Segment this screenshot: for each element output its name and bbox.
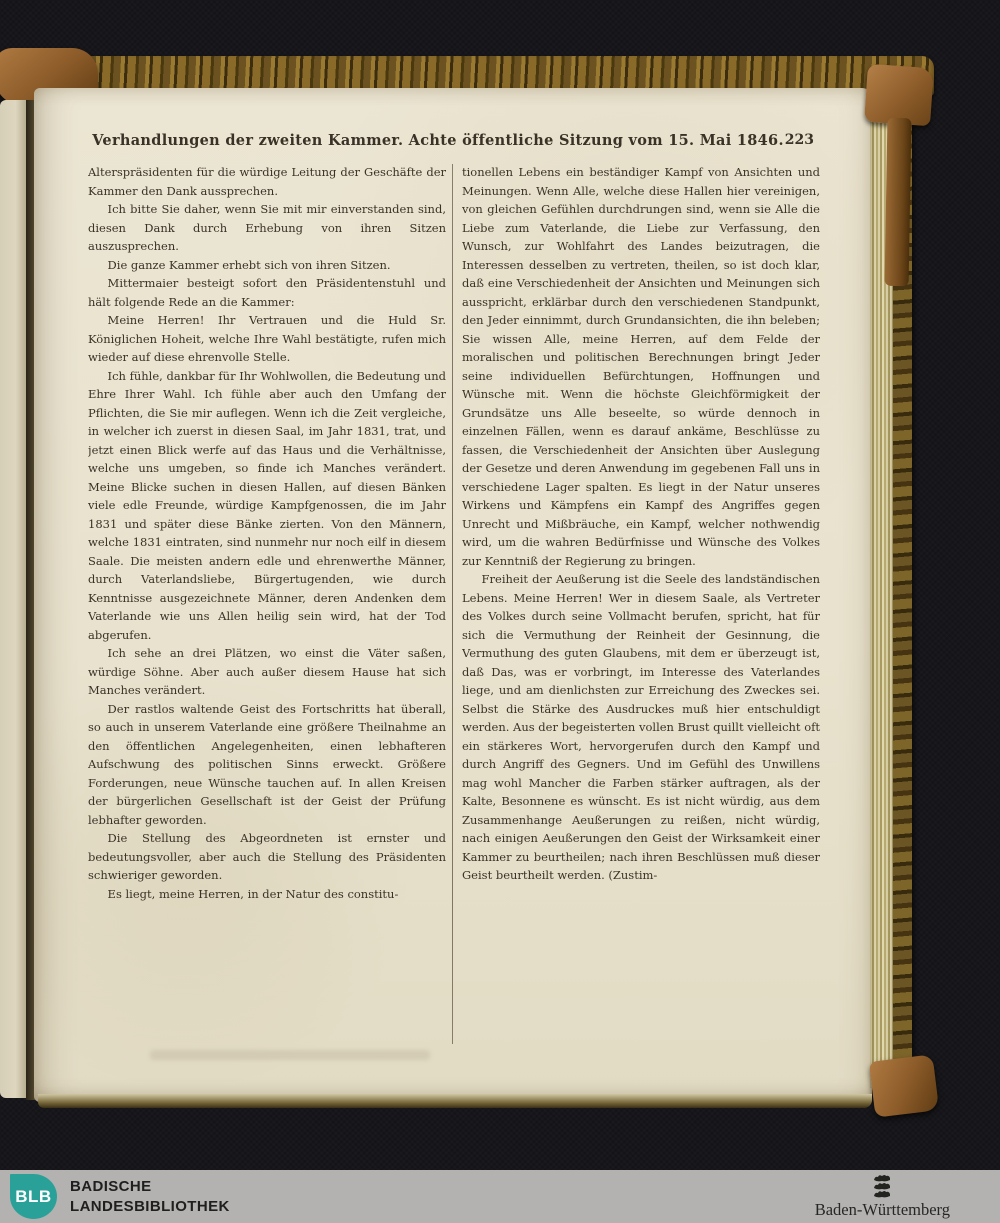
blb-logo-text: BLB — [15, 1187, 51, 1207]
book-hinge-right — [885, 118, 912, 286]
digitized-book-viewer: Verhandlungen der zweiten Kammer. Achte … — [0, 0, 1000, 1223]
text-column-right: tionellen Lebens ein beständiger Kampf v… — [462, 163, 820, 1049]
blb-logo: BLB — [10, 1174, 57, 1219]
paragraph: Die Stellung des Abgeordneten ist ernste… — [88, 829, 446, 885]
paragraph: Es liegt, meine Herren, in der Natur des… — [88, 885, 446, 904]
page-number: 223 — [764, 132, 814, 148]
state-name: Baden-Württemberg — [815, 1200, 950, 1220]
paragraph: Der rastlos waltende Geist des Fortschri… — [88, 700, 446, 830]
paragraph: Ich bitte Sie daher, wenn Sie mit mir ei… — [88, 200, 446, 256]
text-column-left: Alterspräsidenten für die würdige Leitun… — [88, 163, 446, 1049]
facing-page-edge — [0, 100, 26, 1098]
state-brand: Baden-Württemberg — [815, 1173, 964, 1220]
paragraph: Mittermaier besteigt sofort den Präsiden… — [88, 274, 446, 311]
library-brand: BLB BADISCHE LANDESBIBLIOTHEK — [0, 1174, 230, 1219]
page-bottom-edge — [38, 1094, 872, 1108]
paragraph: Meine Herren! Ihr Vertrauen und die Huld… — [88, 311, 446, 367]
paragraph: Freiheit der Aeußerung ist die Seele des… — [462, 570, 820, 885]
book-leather-corner-bottom-right — [869, 1054, 939, 1117]
paragraph: tionellen Lebens ein beständiger Kampf v… — [462, 163, 820, 570]
book-leather-corner-top-right — [864, 64, 934, 126]
library-name: BADISCHE LANDESBIBLIOTHEK — [70, 1177, 230, 1215]
library-footer-bar: BLB BADISCHE LANDESBIBLIOTHEK Baden-Würt… — [0, 1170, 1000, 1223]
paragraph: Ich fühle, dankbar für Ihr Wohlwollen, d… — [88, 367, 446, 645]
library-name-line1: BADISCHE — [70, 1177, 230, 1196]
running-header: Verhandlungen der zweiten Kammer. Achte … — [88, 132, 788, 149]
paragraph: Die ganze Kammer erhebt sich von ihren S… — [88, 256, 446, 275]
paragraph: Ich sehe an drei Plätzen, wo einst die V… — [88, 644, 446, 700]
column-divider-rule — [452, 164, 453, 1044]
paragraph: Alterspräsidenten für die würdige Leitun… — [88, 163, 446, 200]
show-through-smudge — [150, 1050, 430, 1060]
coat-of-arms-icon — [872, 1173, 892, 1199]
library-name-line2: LANDESBIBLIOTHEK — [70, 1197, 230, 1216]
